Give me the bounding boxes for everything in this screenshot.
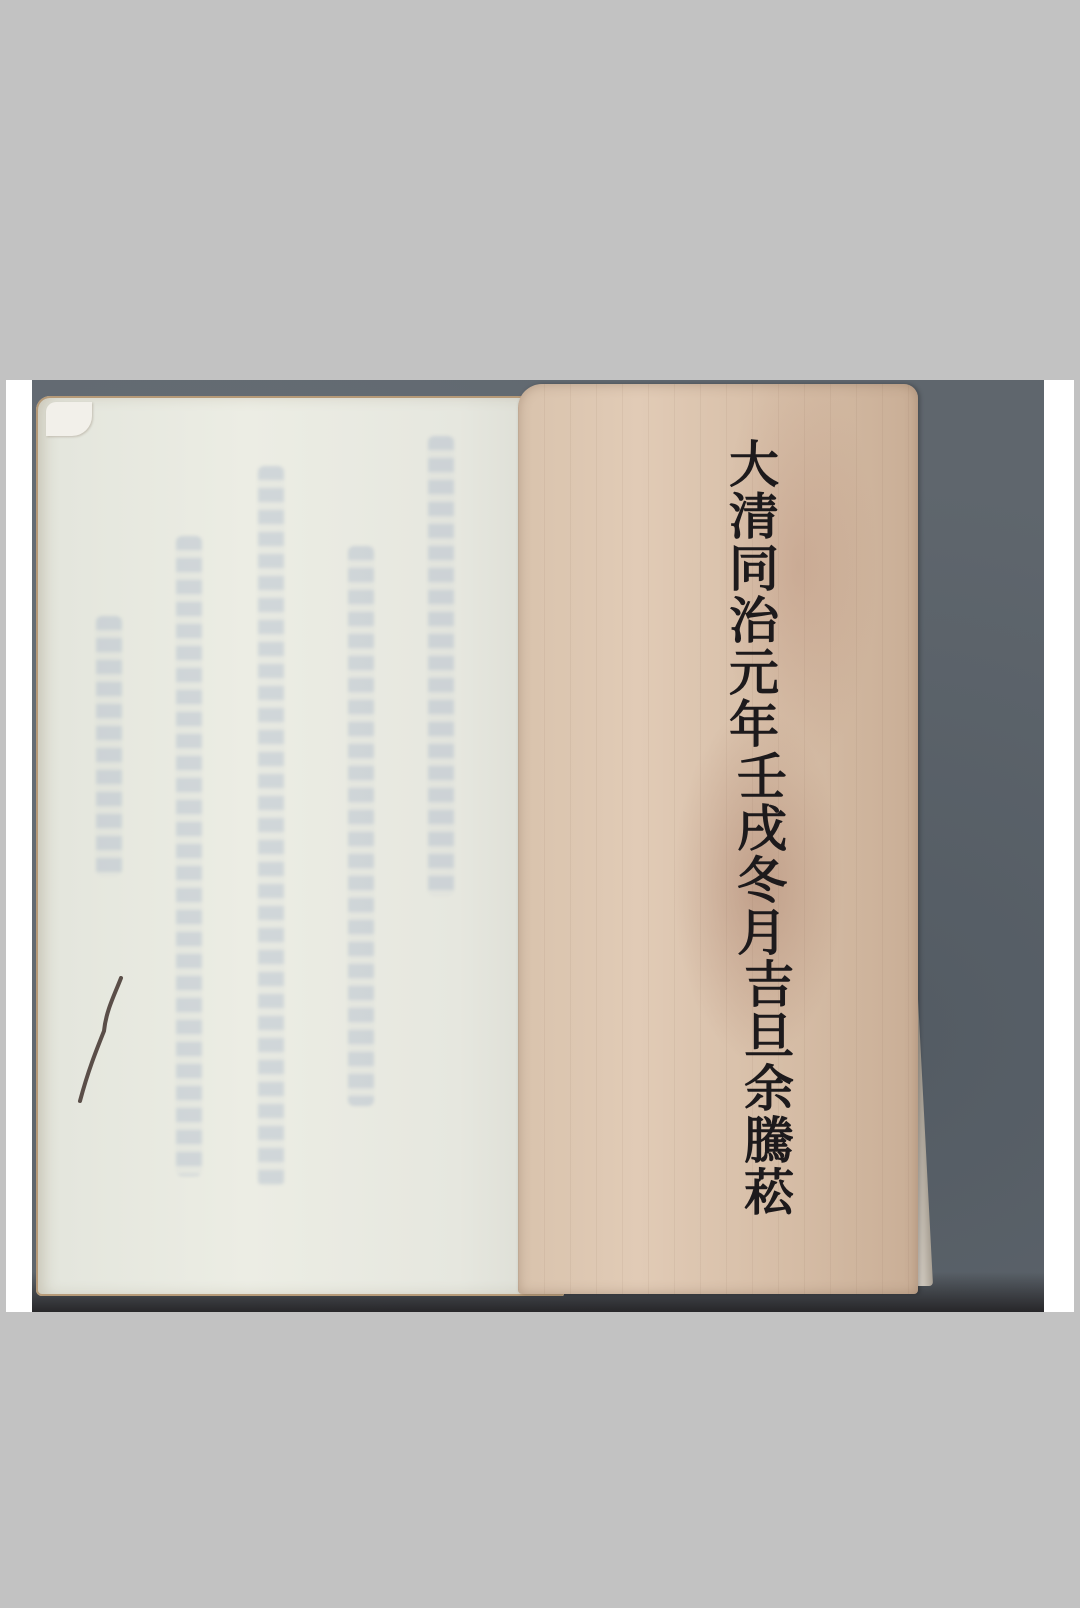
inscription-char: 大 <box>729 440 779 492</box>
bleed-through-text-column <box>428 436 454 896</box>
bleed-through-text-column <box>348 546 374 1106</box>
inscription-char: 清 <box>729 492 779 544</box>
inscription-char: 冬 <box>737 856 787 908</box>
inscription-char: 元 <box>729 648 779 700</box>
inscription-char: 年 <box>729 700 779 752</box>
inscription-char: 菘 <box>744 1168 794 1220</box>
inscription-char: 同 <box>729 544 779 596</box>
manuscript-photo: 大 清 同 治 元 年 壬 戌 冬 月 吉 旦 余 騰 菘 <box>32 380 1044 1312</box>
bleed-through-text-column <box>96 616 122 876</box>
inscription-char: 旦 <box>744 1012 794 1064</box>
inscription-char: 戌 <box>737 804 787 856</box>
inscription-char: 壬 <box>737 752 787 804</box>
inscription-char: 月 <box>737 908 787 960</box>
cover-inscription: 大 清 同 治 元 年 壬 戌 冬 月 吉 旦 余 騰 菘 <box>714 440 794 1220</box>
book-cover: 大 清 同 治 元 年 壬 戌 冬 月 吉 旦 余 騰 菘 <box>518 384 918 1294</box>
left-inside-page <box>36 396 564 1296</box>
bleed-through-text-column <box>258 466 284 1186</box>
page-corner-fold <box>46 402 92 436</box>
inscription-char: 騰 <box>744 1116 794 1168</box>
inscription-char: 治 <box>729 596 779 648</box>
inscription-char: 吉 <box>744 960 794 1012</box>
paper-tear-icon <box>76 976 126 1106</box>
bleed-through-text-column <box>176 536 202 1176</box>
inscription-char: 余 <box>744 1064 794 1116</box>
